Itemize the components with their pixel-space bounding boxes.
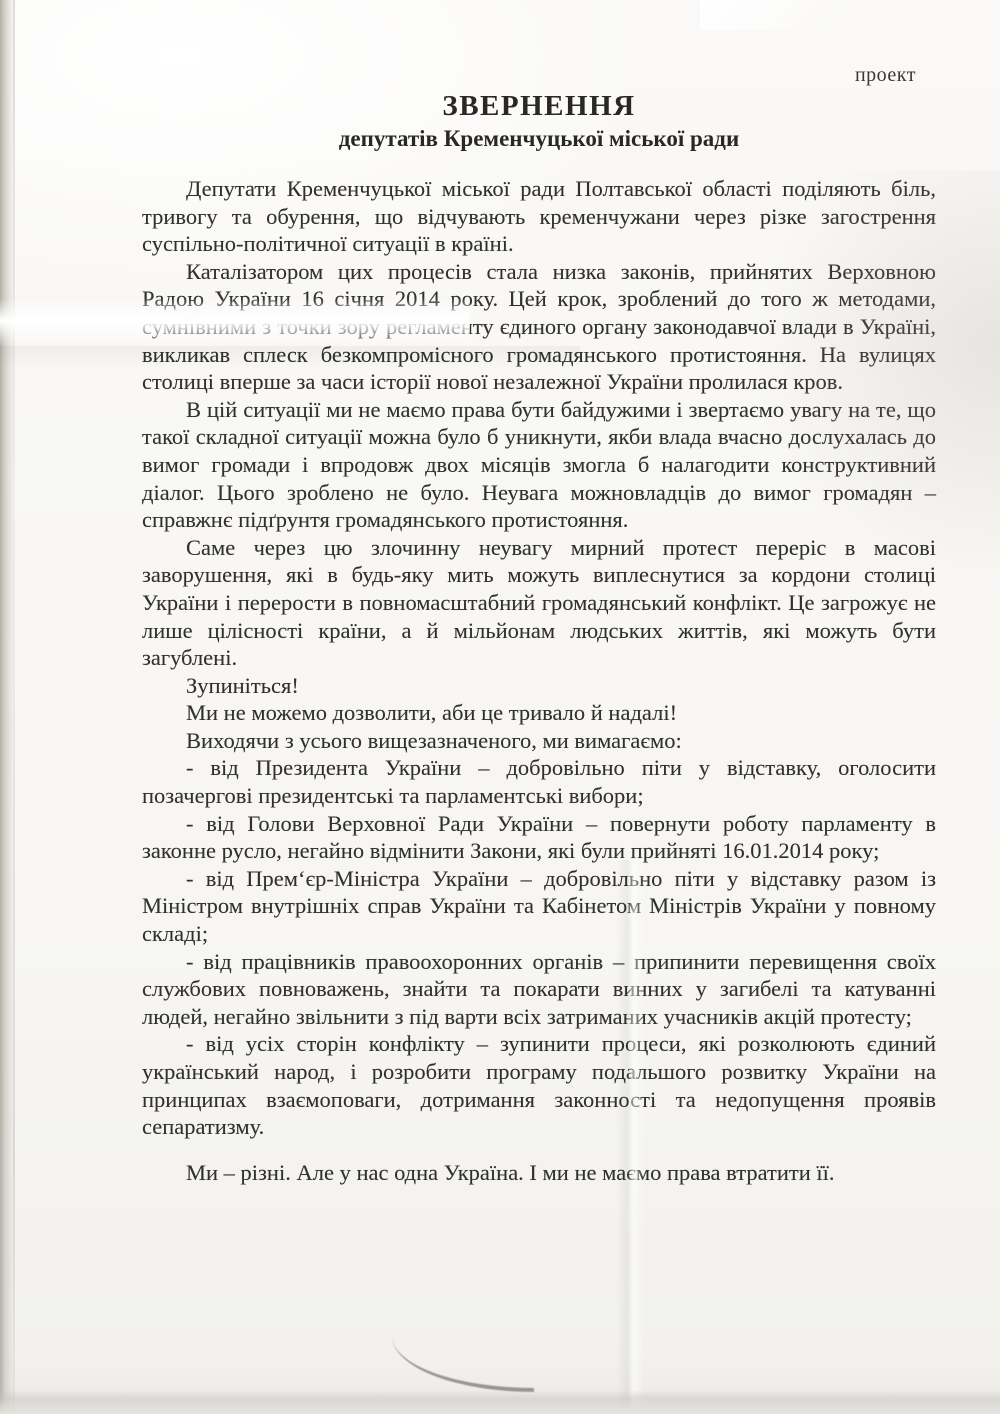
document-subtitle: депутатів Кременчуцької міської ради bbox=[142, 126, 936, 152]
demand-item-parliament-head: - від Голови Верховної Ради України – по… bbox=[142, 810, 936, 865]
paper-crease-shadow bbox=[0, 346, 580, 372]
demand-item-law-enforcement: - від працівників правоохоронних органів… bbox=[142, 948, 936, 1031]
demand-item-president: - від Президента України – добровільно п… bbox=[142, 754, 936, 809]
paper-top-corner-highlight bbox=[700, 0, 880, 30]
scanned-document-page: проект ЗВЕРНЕННЯ депутатів Кременчуцької… bbox=[0, 0, 1000, 1414]
paper-bottom-fold-mark bbox=[392, 1336, 534, 1392]
paper-center-wrinkle bbox=[616, 860, 644, 1414]
paper-fold-line-left bbox=[13, 0, 15, 1414]
paper-bottom-scan-edge bbox=[0, 1390, 1000, 1414]
closing-statement: Ми – різні. Але у нас одна Україна. І ми… bbox=[142, 1159, 936, 1187]
paper-right-shading bbox=[730, 170, 1000, 610]
paper-crease-highlight bbox=[0, 298, 470, 346]
document-title: ЗВЕРНЕННЯ bbox=[142, 90, 936, 123]
paragraph-cannot-allow: Ми не можемо дозволити, аби це тривало й… bbox=[142, 699, 936, 727]
paragraph-stop-exclamation: Зупиніться! bbox=[142, 672, 936, 700]
draft-annotation: проект bbox=[855, 64, 916, 87]
paragraph-demands-lead-in: Виходячи з усього вищезазначеного, ми ви… bbox=[142, 727, 936, 755]
demand-item-prime-minister: - від Прем‘єр-Міністра України – доброві… bbox=[142, 865, 936, 948]
demand-item-all-sides: - від усіх сторін конфлікту – зупинити п… bbox=[142, 1030, 936, 1140]
